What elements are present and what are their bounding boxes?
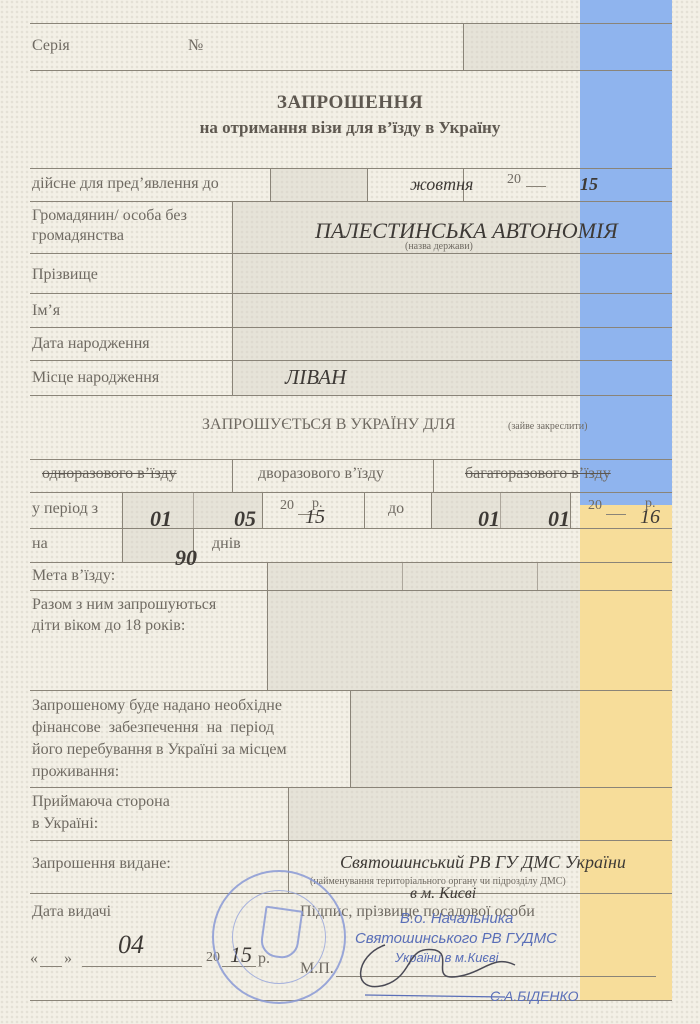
issued-by-label: Запрошення видане: xyxy=(32,855,171,873)
valid-day-field[interactable] xyxy=(271,169,367,201)
period-from-label: у період з xyxy=(32,500,98,518)
issue-date-close-quote: » xyxy=(64,950,72,968)
issued-by-value-line1: Святошинський РВ ГУ ДМС України xyxy=(340,852,626,873)
birth-date-label: Дата народження xyxy=(32,335,150,353)
purpose-field[interactable] xyxy=(268,563,580,590)
rule xyxy=(30,395,672,396)
birth-date-field[interactable] xyxy=(233,328,580,360)
divider xyxy=(367,168,368,201)
period-from-month: 05 xyxy=(234,506,256,532)
period-to-year-prefix: 20 xyxy=(588,498,602,514)
invited-note: (зайве закреслити) xyxy=(508,421,587,432)
period-to-year-suffix: 16 xyxy=(640,506,660,529)
rule xyxy=(606,514,626,515)
surname-label: Прізвище xyxy=(32,266,98,284)
receiving-label-line1: Приймаюча сторона xyxy=(32,793,170,811)
rule xyxy=(526,186,546,187)
divider xyxy=(364,492,365,528)
birth-place-label: Місце народження xyxy=(32,369,159,387)
issued-by-value-line2: в м. Києві xyxy=(410,885,476,903)
name-field[interactable] xyxy=(233,294,580,327)
valid-until-label: дійсне для пред’явлення до xyxy=(32,175,219,193)
valid-year-prefix: 20 xyxy=(507,172,521,188)
rule xyxy=(30,893,672,894)
divider xyxy=(433,459,434,492)
period-to-day: 01 xyxy=(478,506,500,532)
period-from-year-suffix: 15 xyxy=(305,506,325,529)
period-to-label: до xyxy=(388,500,404,518)
children-label-line2: діти віком до 18 років: xyxy=(32,617,185,635)
document-subtitle: на отримання візи для в’їзду в Україну xyxy=(0,118,700,138)
rule xyxy=(30,459,672,460)
divider xyxy=(262,492,263,528)
number-label: № xyxy=(188,37,203,55)
name-label: Ім’я xyxy=(32,302,60,320)
period-from-year-prefix: 20 xyxy=(280,498,294,514)
document-title: ЗАПРОШЕННЯ xyxy=(0,92,700,114)
divider xyxy=(232,459,233,492)
day-blank[interactable] xyxy=(40,966,62,967)
rule xyxy=(30,840,672,841)
finance-label-line2: фінансове забезпечення на період xyxy=(32,719,274,737)
valid-year-suffix: 15 xyxy=(580,174,598,195)
purpose-label: Мета в’їзду: xyxy=(32,567,115,585)
days-label: днів xyxy=(212,535,241,553)
divider xyxy=(570,492,571,528)
option-multiple-entry[interactable]: багаторазового в’їзду xyxy=(465,465,611,483)
period-on-label: на xyxy=(32,535,48,553)
children-field[interactable] xyxy=(268,591,580,690)
citizen-label-line2: громадянства xyxy=(32,227,124,245)
children-label-line1: Разом з ним запрошуються xyxy=(32,596,216,614)
issue-date-month: 04 xyxy=(118,930,144,960)
citizen-caption: (назва держави) xyxy=(405,241,473,252)
option-double-entry[interactable]: дворазового в’їзду xyxy=(258,465,384,483)
finance-label-line3: його перебування в Україні за місцем xyxy=(32,741,287,759)
birth-place-value: ЛІВАН xyxy=(285,365,346,390)
finance-field[interactable] xyxy=(351,691,580,787)
official-seal xyxy=(212,870,346,1004)
issue-date-open-quote: « xyxy=(30,950,38,968)
valid-month-value: жовтня xyxy=(410,174,473,195)
series-number-field[interactable] xyxy=(464,24,580,70)
citizen-label-line1: Громадянин/ особа без xyxy=(32,207,187,225)
finance-label-line1: Запрошеному буде надано необхідне xyxy=(32,697,282,715)
issue-date-label: Дата видачі xyxy=(32,903,111,921)
month-blank[interactable] xyxy=(82,966,202,967)
option-single-entry[interactable]: одноразового в’їзду xyxy=(42,465,177,483)
flag-strip-yellow xyxy=(580,505,672,1000)
invited-heading: ЗАПРОШУЄТЬСЯ В УКРАЇНУ ДЛЯ xyxy=(202,416,455,434)
surname-field[interactable] xyxy=(233,254,580,293)
period-to-month: 01 xyxy=(548,506,570,532)
rule xyxy=(30,70,672,71)
finance-label-line4: проживання: xyxy=(32,763,119,781)
receiving-label-line2: в Україні: xyxy=(32,815,98,833)
handwritten-signature-icon xyxy=(345,925,525,1005)
days-value: 90 xyxy=(175,545,197,571)
series-label: Серія xyxy=(32,37,70,55)
receiving-party-field[interactable] xyxy=(289,788,580,840)
